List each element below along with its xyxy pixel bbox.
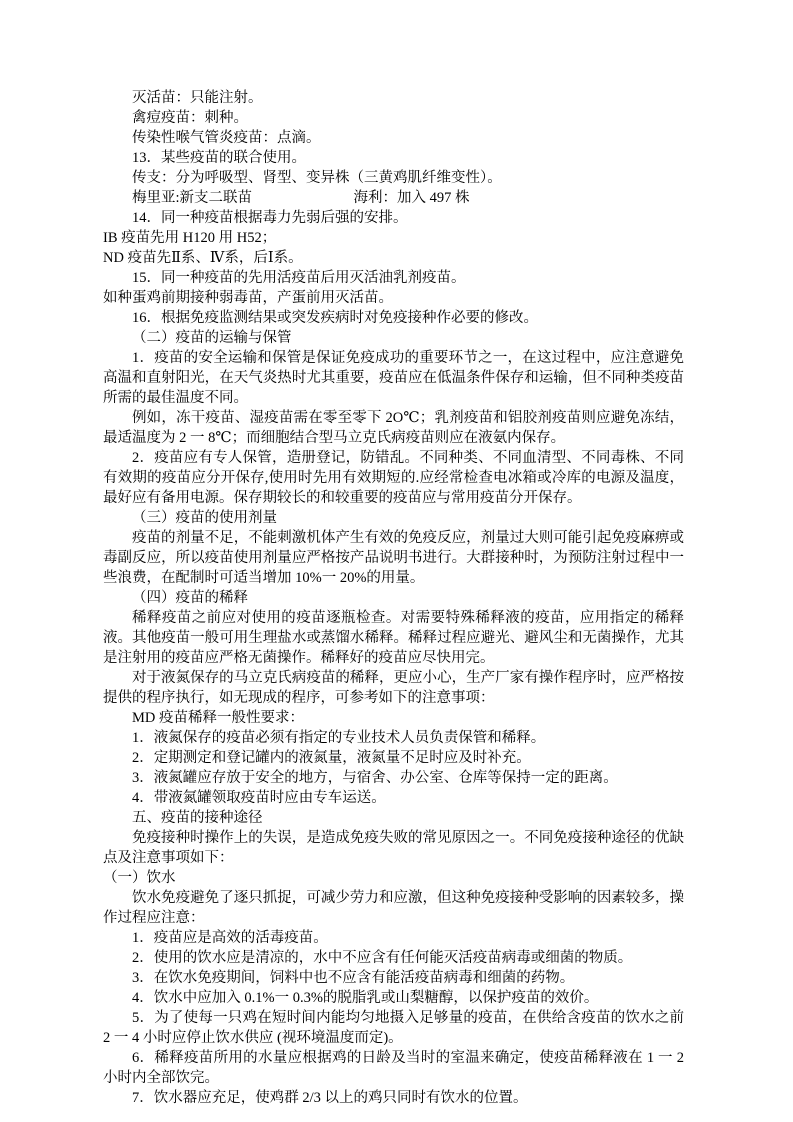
paragraph: ND 疫苗先Ⅱ系、Ⅳ系，后Ⅰ系。 [103,248,684,268]
list-item: 2．疫苗应有专人保管，造册登记，防错乱。不同种类、不同血清型、不同毒株、不同有效… [103,448,684,508]
list-item: 3．在饮水免疫期间，饲料中也不应含有能活疫苗病毒和细菌的药物。 [103,968,684,988]
list-item: 1．疫苗应是高效的活毒疫苗。 [103,928,684,948]
section-heading: （二）疫苗的运输与保管 [103,328,684,348]
list-item: 15．同一种疫苗的先用活疫苗后用灭活油乳剂疫苗。 [103,268,684,288]
paragraph: 疫苗的剂量不足，不能刺激机体产生有效的免疫反应，剂量过大则可能引起免疫麻痹或毒副… [103,528,684,588]
list-item: 13．某些疫苗的联合使用。 [103,148,684,168]
section-heading: 五、疫苗的接种途径 [103,808,684,828]
document-page: 灭活苗：只能注射。禽痘疫苗：刺种。传染性喉气管炎疫苗：点滴。13．某些疫苗的联合… [0,0,793,1122]
paragraph: 免疫接种时操作上的失误，是造成免疫失败的常见原因之一。不同免疫接种途径的优缺点及… [103,828,684,868]
paragraph: MD 疫苗稀释一般性要求： [103,708,684,728]
list-item: 14．同一种疫苗根据毒力先弱后强的安排。 [103,208,684,228]
list-item: 4．饮水中应加入 0.1%一 0.3%的脱脂乳或山梨糖醇，以保护疫苗的效价。 [103,988,684,1008]
list-item: 4．带液氮罐领取疫苗时应由专车运送。 [103,788,684,808]
paragraph: 传染性喉气管炎疫苗：点滴。 [103,128,684,148]
list-item: 3．液氮罐应存放于安全的地方，与宿舍、办公室、仓库等保持一定的距离。 [103,768,684,788]
list-item: 5．为了使每一只鸡在短时间内能均匀地摄入足够量的疫苗，在供给含疫苗的饮水之前 2… [103,1008,684,1048]
paragraph: 稀释疫苗之前应对使用的疫苗逐瓶检查。对需要特殊稀释液的疫苗，应用指定的稀释液。其… [103,608,684,668]
section-heading: （三）疫苗的使用剂量 [103,508,684,528]
document-text-body: 灭活苗：只能注射。禽痘疫苗：刺种。传染性喉气管炎疫苗：点滴。13．某些疫苗的联合… [103,88,684,1108]
list-item: 1．液氮保存的疫苗必须有指定的专业技术人员负责保管和稀释。 [103,728,684,748]
section-heading: （四）疫苗的稀释 [103,588,684,608]
paragraph: 灭活苗：只能注射。 [103,88,684,108]
list-item: 6．稀释疫苗所用的水量应根据鸡的日龄及当时的室温来确定，使疫苗稀释液在 1 一 … [103,1048,684,1088]
list-item: 2．定期测定和登记罐内的液氮量，液氮量不足时应及时补充。 [103,748,684,768]
paragraph: 如种蛋鸡前期接种弱毒苗，产蛋前用灭活苗。 [103,288,684,308]
paragraph: 梅里亚:新支二联苗 海利：加入 497 株 [103,188,684,208]
paragraph: 传支：分为呼吸型、肾型、变异株（三黄鸡肌纤维变性）。 [103,168,684,188]
paragraph: 对于液氮保存的马立克氏病疫苗的稀释，更应小心，生产厂家有操作程序时，应严格按提供… [103,668,684,708]
paragraph: 例如，冻干疫苗、湿疫苗需在零至零下 2O℃；乳剂疫苗和铝胶剂疫苗则应避免冻结，最… [103,408,684,448]
paragraph: 饮水免疫避免了逐只抓捉，可减少劳力和应激，但这种免疫接种受影响的因素较多，操作过… [103,888,684,928]
list-item: 16．根据免疫监测结果或突发疾病时对免疫接种作必要的修改。 [103,308,684,328]
paragraph: 禽痘疫苗：刺种。 [103,108,684,128]
list-item: 1．疫苗的安全运输和保管是保证免疫成功的重要环节之一，在这过程中，应注意避免高温… [103,348,684,408]
section-heading: （一）饮水 [103,868,684,888]
paragraph: IB 疫苗先用 H120 用 H52； [103,228,684,248]
list-item: 7．饮水器应充足，使鸡群 2/3 以上的鸡只同时有饮水的位置。 [103,1088,684,1108]
list-item: 2．使用的饮水应是清凉的，水中不应含有任何能灭活疫苗病毒或细菌的物质。 [103,948,684,968]
